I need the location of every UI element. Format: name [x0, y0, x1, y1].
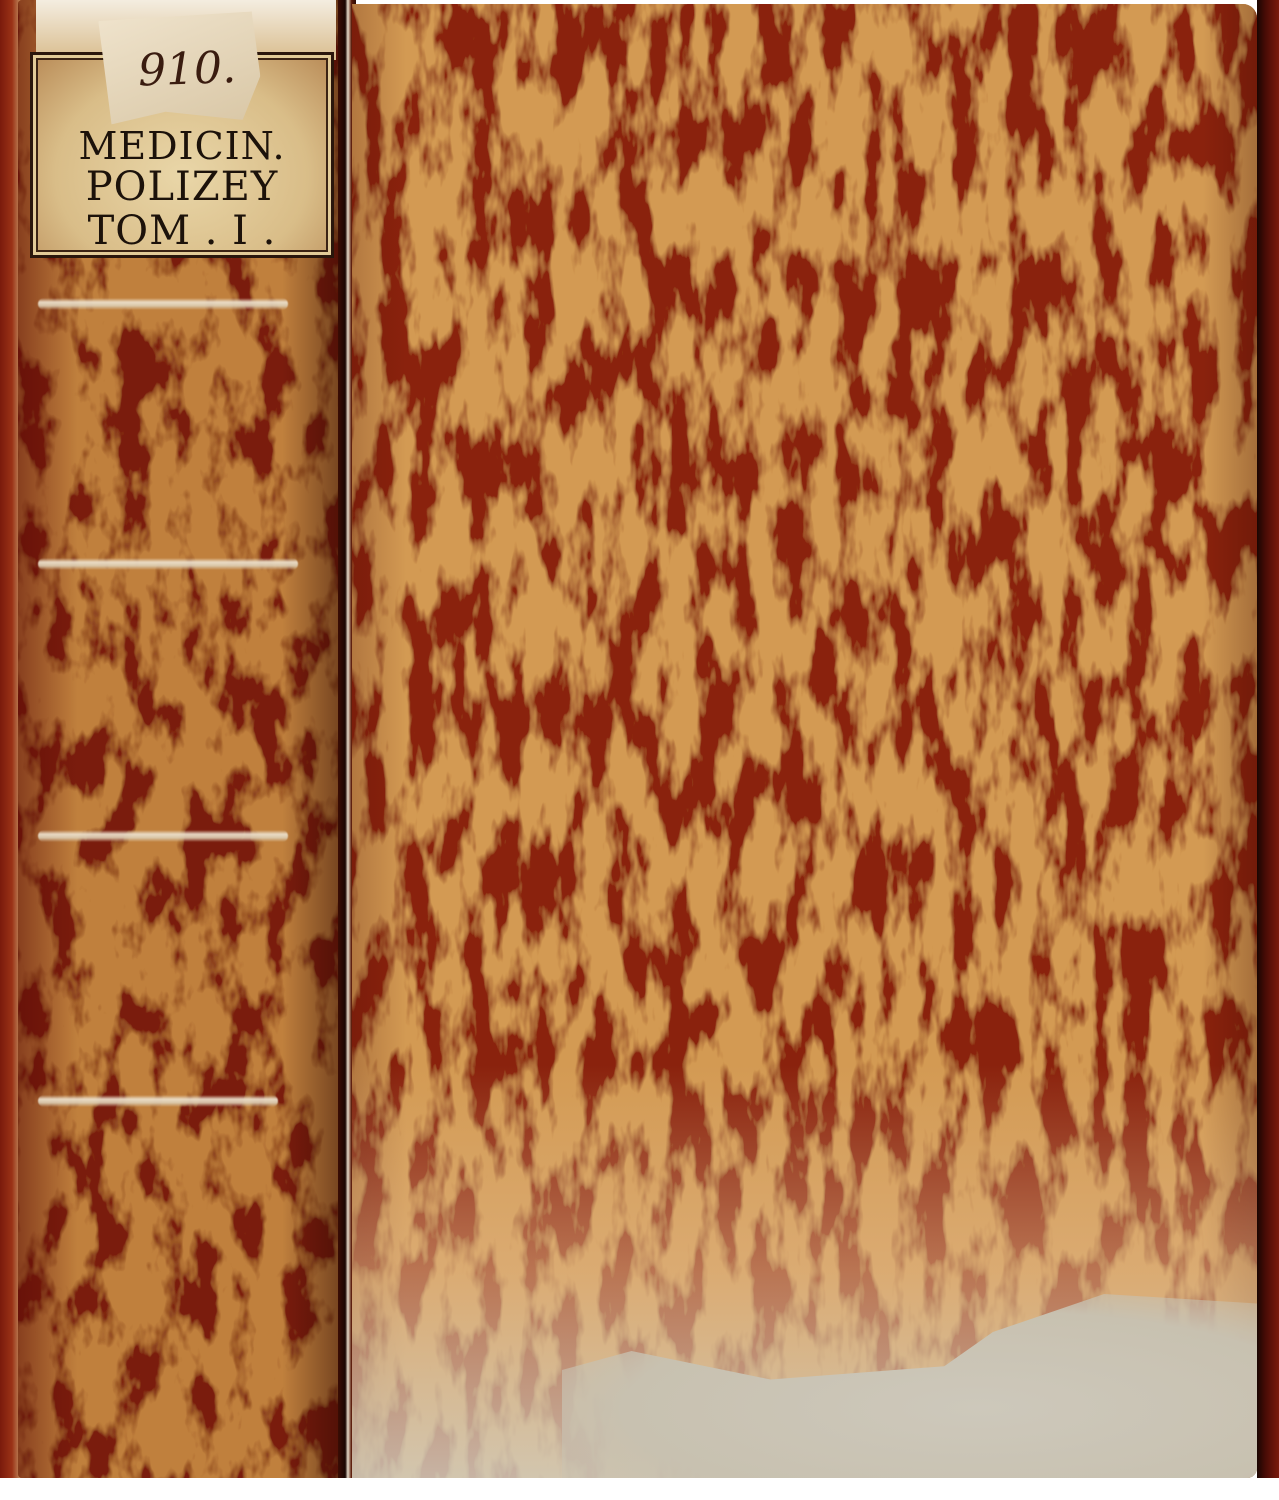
spine-raised-band-3 — [38, 830, 288, 842]
background-bottom — [0, 1478, 1279, 1500]
book-edge-right — [1257, 0, 1279, 1500]
shelf-mark-sticker: 910. — [98, 11, 262, 125]
label-line-3: TOM . I . — [33, 211, 331, 251]
label-line-2: POLIZEY — [33, 167, 331, 207]
shelf-mark-number: 910. — [137, 42, 237, 96]
label-line-1: MEDICIN. — [33, 127, 331, 165]
book-photograph: MEDICIN. POLIZEY TOM . I . 910. — [0, 0, 1279, 1500]
spine-raised-band-2 — [38, 558, 298, 570]
spine-raised-band-4 — [38, 1095, 278, 1107]
spine-raised-band-1 — [38, 298, 288, 310]
cover-shading — [352, 4, 1257, 1478]
book-front-cover — [352, 4, 1257, 1478]
